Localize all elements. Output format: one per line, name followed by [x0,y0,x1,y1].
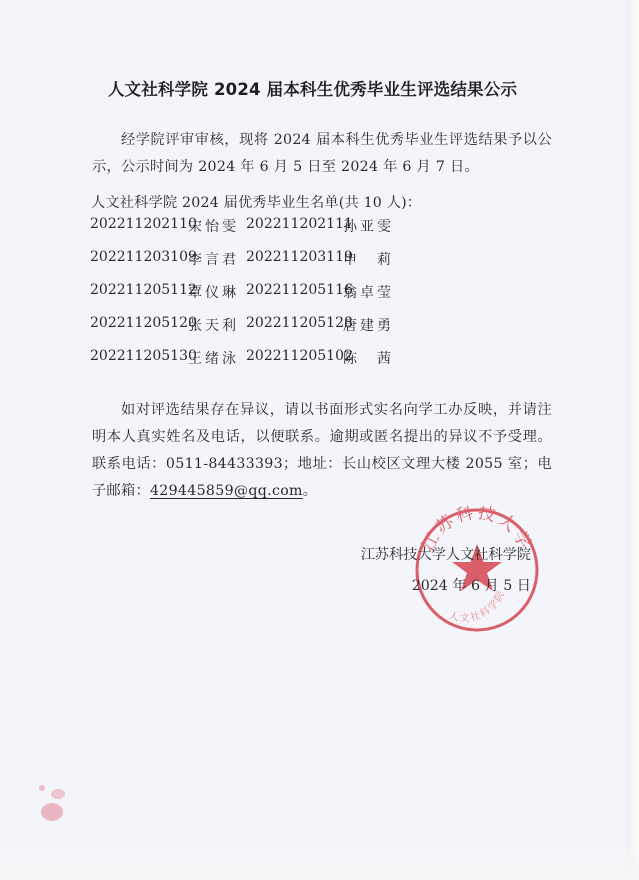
student-id: 202211205112 [90,282,197,298]
email-link[interactable]: 429445859@qq.com [150,483,303,499]
student-id: 202211205102 [246,348,353,364]
student-name: 孙亚雯 [343,216,394,236]
student-name: 翁卓莹 [343,282,394,302]
email-suffix: 。 [303,483,318,499]
objection-paragraph: 如对评选结果存在异议，请以书面形式实名向学工办反映，并请注明本人真实姓名及电话，… [92,397,552,505]
signature-block: 江苏科技大学人文社科学院 2024 年 6 月 5 日 [361,540,531,602]
student-id: 202211205120 [90,315,197,331]
list-header: 人文社科学院 2024 届优秀毕业生名单(共 10 人)： [91,192,421,212]
intro-paragraph: 经学院评审审核，现将 2024 届本科生优秀毕业生评选结果予以公示，公示时间为 … [92,127,552,181]
ink-smudge-icon [30,780,80,830]
student-id: 202211203109 [90,249,197,265]
list-row: 202211202110 宋怡雯 202211202111 孙亚雯 [90,216,410,249]
list-row: 202211203109 李言君 202211203119 申 莉 [90,249,410,282]
student-name: 张天利 [188,315,239,335]
list-row: 202211205112 覃仪琳 202211205116 翁卓莹 [90,282,410,315]
student-list: 202211202110 宋怡雯 202211202111 孙亚雯 202211… [90,216,410,381]
student-name: 覃仪琳 [188,282,239,302]
student-name: 王绪泳 [188,348,239,368]
signature-organization: 江苏科技大学人文社科学院 [361,540,531,571]
student-name: 申 莉 [343,249,394,269]
student-name: 唐建勇 [343,315,394,335]
student-id: 202211205116 [246,282,353,298]
student-name: 李言君 [188,249,239,269]
student-id: 202211202110 [90,216,197,232]
signature-date: 2024 年 6 月 5 日 [361,571,531,602]
student-name: 陈 茜 [343,348,394,368]
page-edge [625,0,639,880]
list-row: 202211205130 王绪泳 202211205102 陈 茜 [90,348,410,381]
student-id: 202211202111 [246,216,353,232]
student-id: 202211205130 [90,348,197,364]
student-id: 202211205128 [246,315,353,331]
page-bottom-fade [0,840,639,880]
student-name: 宋怡雯 [188,216,239,236]
document-title: 人文社科学院 2024 届本科生优秀毕业生评选结果公示 [0,76,625,100]
list-row: 202211205120 张天利 202211205128 唐建勇 [90,315,410,348]
student-id: 202211203119 [246,249,353,265]
